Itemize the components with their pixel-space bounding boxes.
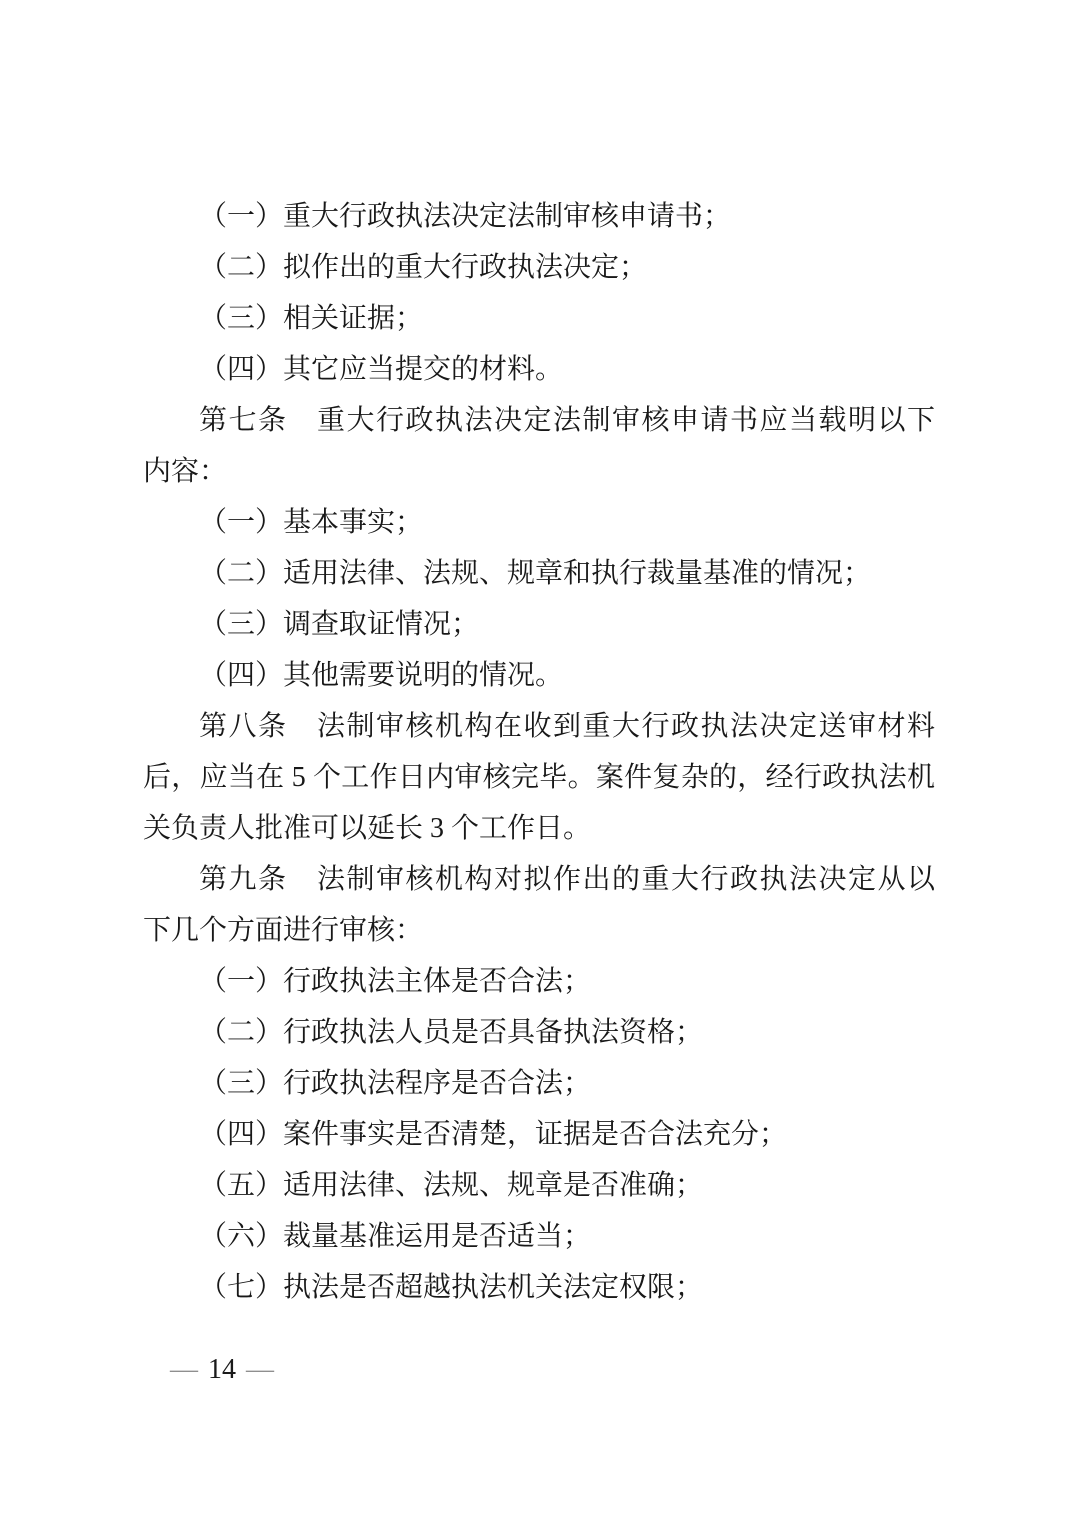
text-line: （二）适用法律、法规、规章和执行裁量基准的情况； (143, 548, 935, 599)
text-line: （三）行政执法程序是否合法； (143, 1058, 935, 1109)
text-line: （四）其他需要说明的情况。 (143, 650, 935, 701)
footer-dash-right: — (246, 1354, 274, 1385)
text-line: （二）行政执法人员是否具备执法资格； (143, 1007, 935, 1058)
text-line: （四）其它应当提交的材料。 (143, 344, 935, 395)
footer-dash-left: — (170, 1354, 198, 1385)
article-7-line: 第七条 重大行政执法决定法制审核申请书应当载明以下 (143, 395, 935, 446)
text-line: （五）适用法律、法规、规章是否准确； (143, 1160, 935, 1211)
text-line: （四）案件事实是否清楚，证据是否合法充分； (143, 1109, 935, 1160)
text-line: 后，应当在 5 个工作日内审核完毕。案件复杂的，经行政执法机 (143, 752, 935, 803)
page-number: 14 (208, 1354, 236, 1385)
text-line: （七）执法是否超越执法机关法定权限； (143, 1262, 935, 1313)
text-line: 内容： (143, 446, 935, 497)
text-line: （三）调查取证情况； (143, 599, 935, 650)
page-footer: —14— (170, 1344, 274, 1395)
document-page: （一）重大行政执法决定法制审核申请书； （二）拟作出的重大行政执法决定； （三）… (0, 0, 1074, 1520)
text-line: （三）相关证据； (143, 293, 935, 344)
text-line: （一）基本事实； (143, 497, 935, 548)
article-9-line: 第九条 法制审核机构对拟作出的重大行政执法决定从以 (143, 854, 935, 905)
text-line: （二）拟作出的重大行政执法决定； (143, 242, 935, 293)
text-line: 关负责人批准可以延长 3 个工作日。 (143, 803, 935, 854)
text-line: （一）重大行政执法决定法制审核申请书； (143, 191, 935, 242)
article-8-line: 第八条 法制审核机构在收到重大行政执法决定送审材料 (143, 701, 935, 752)
text-line: （一）行政执法主体是否合法； (143, 956, 935, 1007)
text-line: 下几个方面进行审核： (143, 905, 935, 956)
document-body: （一）重大行政执法决定法制审核申请书； （二）拟作出的重大行政执法决定； （三）… (143, 191, 935, 1313)
text-line: （六）裁量基准运用是否适当； (143, 1211, 935, 1262)
